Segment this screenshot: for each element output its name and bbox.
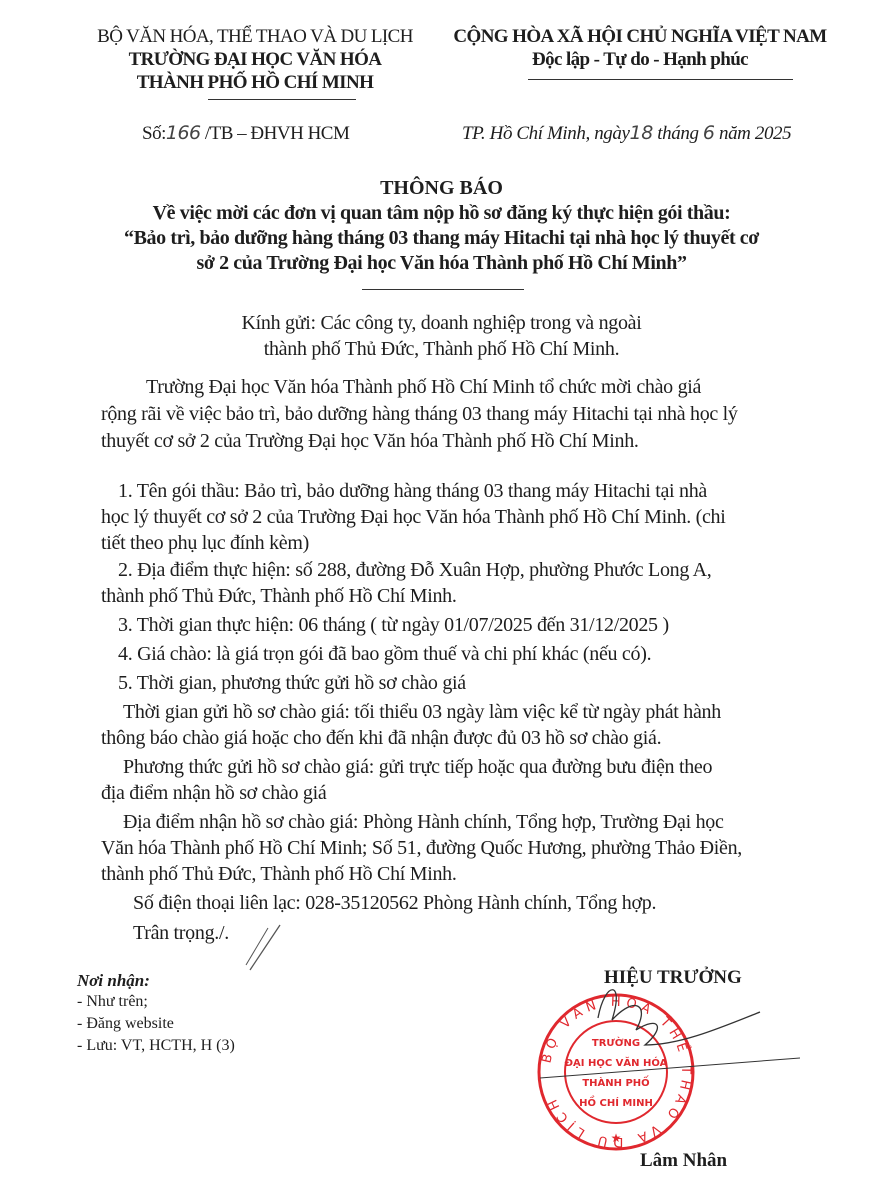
recipients-label: Nơi nhận: [77,971,150,991]
item-1-line: học lý thuyết cơ sở 2 của Trường Đại học… [101,506,726,529]
submit-time-line: thông báo chào giá hoặc cho đến khi đã n… [101,727,661,750]
document-date: TP. Hồ Chí Minh, ngày18 tháng 6 năm 2025 [462,122,791,145]
submit-place-line: Địa điểm nhận hồ sơ chào giá: Phòng Hành… [123,811,724,834]
subject-line-2: “Bảo trì, bảo dưỡng hàng tháng 03 thang … [0,227,883,250]
stamp-star-icon: ★ [611,1131,622,1145]
date-day: 18 [630,122,653,144]
recipient-item: - Đăng website [77,1015,174,1033]
date-month-label: tháng [653,123,703,144]
intro-line: rộng rãi về việc bảo trì, bảo dưỡng hàng… [101,403,738,426]
item-1-line: tiết theo phụ lục đính kèm) [101,532,309,555]
header-left-divider [208,99,356,100]
recipient-line-2: thành phố Thủ Đức, Thành phố Hồ Chí Minh… [0,338,883,361]
doc-number-handwritten: 166 [166,122,201,144]
date-prefix: TP. Hồ Chí Minh, ngày [462,123,630,144]
school-name-line2: THÀNH PHỐ HỒ CHÍ MINH [80,72,430,94]
country-name: CỘNG HÒA XÃ HỘI CHỦ NGHĨA VIỆT NAM [440,26,840,48]
intro-line: thuyết cơ sở 2 của Trường Đại học Văn hó… [101,430,639,453]
intro-line: Trường Đại học Văn hóa Thành phố Hồ Chí … [146,376,701,399]
recipient-line-1: Kính gửi: Các công ty, doanh nghiệp tron… [0,312,883,335]
item-1-line: 1. Tên gói thầu: Bảo trì, bảo dưỡng hàng… [118,480,707,503]
signer-name: Lâm Nhân [640,1150,727,1172]
national-motto: Độc lập - Tự do - Hạnh phúc [440,49,840,71]
item-2-line: thành phố Thủ Đức, Thành phố Hồ Chí Minh… [101,585,457,608]
ministry-name: BỘ VĂN HÓA, THỂ THAO VÀ DU LỊCH [80,26,430,48]
date-month: 6 [703,122,715,144]
stamp-inner-line: HỒ CHÍ MINH [579,1094,653,1109]
submit-time-line: Thời gian gửi hồ sơ chào giá: tối thiểu … [123,701,721,724]
doc-number-suffix: /TB – ĐHVH HCM [201,123,350,144]
recipient-item: - Như trên; [77,993,148,1011]
school-name-line1: TRƯỜNG ĐẠI HỌC VĂN HÓA [80,49,430,71]
submit-method-line: địa điểm nhận hồ sơ chào giá [101,782,326,805]
item-2-line: 2. Địa điểm thực hiện: số 288, đường Đỗ … [118,559,712,582]
submit-method-line: Phương thức gửi hồ sơ chào giá: gửi trực… [123,756,712,779]
signature-strokes [240,920,800,1080]
doc-number-prefix: Số: [142,123,166,144]
submit-place-line: thành phố Thủ Đức, Thành phố Hồ Chí Minh… [101,863,457,886]
header-right-divider [528,79,793,80]
subject-line-3: sở 2 của Trường Đại học Văn hóa Thành ph… [0,252,883,275]
closing-line: Trân trọng./. [133,922,229,945]
document-heading: THÔNG BÁO [0,177,883,200]
subject-line-1: Về việc mời các đơn vị quan tâm nộp hồ s… [0,202,883,225]
item-3-line: 3. Thời gian thực hiện: 06 tháng ( từ ng… [118,614,669,637]
recipient-item: - Lưu: VT, HCTH, H (3) [77,1037,235,1055]
item-4-line: 4. Giá chào: là giá trọn gói đã bao gồm … [118,643,651,666]
date-year: năm 2025 [715,123,792,144]
title-divider [362,289,524,290]
item-5-line: 5. Thời gian, phương thức gửi hồ sơ chào… [118,672,466,695]
phone-line: Số điện thoại liên lạc: 028-35120562 Phò… [133,892,656,915]
document-number: Số:166 /TB – ĐHVH HCM [142,122,349,145]
submit-place-line: Văn hóa Thành phố Hồ Chí Minh; Số 51, đư… [101,837,742,860]
